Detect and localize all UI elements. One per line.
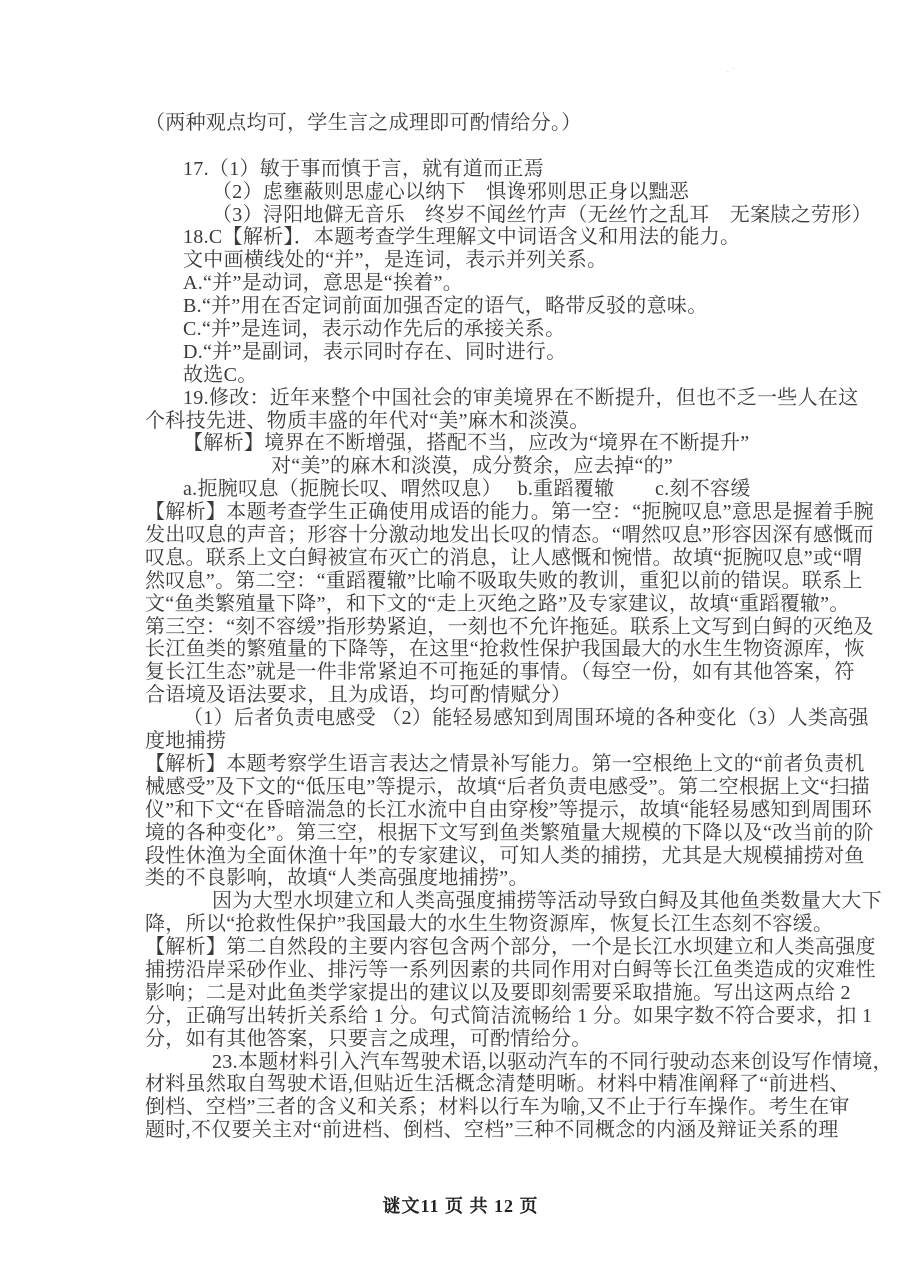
text-line: 度地捕捞 [145,730,795,753]
text-line: C.“并”是连词，表示动作先后的承接关系。 [145,318,795,341]
text-line: 影响；二是对此鱼类学家提出的建议以及要即刻需要采取措施。写出这两点给 2 [145,982,795,1005]
text-line: （2）虑壅蔽则思虚心以纳下 惧谗邪则思正身以黜恶 [145,181,795,204]
text-line: 降，所以“抢救性保护”我国最大的水生生物资源库，恢复长江生态刻不容缓。 [145,913,795,936]
text-line: 题时,不仅要关主对“前进档、倒档、空档”三种不同概念的内涵及辩证关系的理 [145,1119,795,1142]
text-line: B.“并”用在否定词前面加强否定的语气，略带反驳的意味。 [145,295,795,318]
text-line: 分，如有其他答案，只要言之成理，可酌情给分。 [145,1028,795,1051]
text-line: 叹息。联系上文白鲟被宣布灭亡的消息，让人感慨和惋惜。故填“扼腕叹息”或“喟 [145,547,795,570]
text-line: （两种观点均可，学生言之成理即可酌情给分。） [145,112,795,135]
text-line: 类的不良影响，故填“人类高强度地捕捞”。 [145,867,795,890]
text-line: 然叹息”。第二空：“重蹈覆辙”比喻不吸取失败的教训，重犯以前的错误。联系上 [145,570,795,593]
text-line: 械感受”及下文的“低压电”等提示，故填“后者负责电感受”。第二空根据上文“扫描 [145,776,795,799]
text-line: 第三空：“刻不容缓”指形势紧迫，一刻也不允许拖延。联系上文写到白鲟的灭绝及 [145,616,795,639]
text-line: 19.修改：近年来整个中国社会的审美境界在不断提升，但也不乏一些人在这 [145,387,795,410]
text-line: 文“鱼类繁殖量下降”，和下文的“走上灭绝之路”及专家建议，故填“重蹈覆辙”。 [145,593,795,616]
text-line: 【解析】本题考察学生语言表达之情景补写能力。第一空根绝上文的“前者负责机 [145,753,795,776]
text-line: 仪”和下文“在昏暗湍急的长江水流中自由穿梭”等提示，故填“能轻易感知到周围环 [145,799,795,822]
text-line: 捕捞沿岸采砂作业、排污等一系列因素的共同作用对白鲟等长江鱼类造成的灾难性 [145,959,795,982]
text-line: 长江鱼类的繁殖量的下降等，在这里“抢救性保护我国最大的水生生物资源库，恢 [145,638,795,661]
text-line: 发出叹息的声音；形容十分激动地发出长叹的情态。“喟然叹息”形容因深有感慨而 [145,524,795,547]
text-line: 【解析】本题考查学生正确使用成语的能力。第一空：“扼腕叹息”意思是握着手腕 [145,501,795,524]
text-line: 因为大型水坝建立和人类高强度捕捞等活动导致白鲟及其他鱼类数量大大下 [145,890,795,913]
text-line: 合语境及语法要求，且为成语，均可酌情赋分） [145,684,795,707]
text-line: A.“并”是动词，意思是“挨着”。 [145,272,795,295]
text-line: 材料虽然取自驾驶术语,但贴近生活概念清楚明晰。材料中精准阐释了“前进档、 [145,1073,795,1096]
page-number-footer: 谜文11 页 共 12 页 [0,1192,921,1218]
text-line: a.扼腕叹息（扼腕长叹、喟然叹息） b.重蹈覆辙 c.刻不容缓 [145,478,795,501]
text-line: 文中画横线处的“并”，是连词，表示并列关系。 [145,249,795,272]
document-page: ·˙ （两种观点均可，学生言之成理即可酌情给分。） 17.（1）敏于事而慎于言，… [0,0,921,1275]
text-line: 17.（1）敏于事而慎于言，就有道而正焉 [145,158,795,181]
text-line: 境的各种变化”。第三空，根据下文写到鱼类繁殖量大规模的下降以及“改当前的阶 [145,822,795,845]
text-line: 个科技先进、物质丰盛的年代对“美”麻木和淡漠。 [145,410,795,433]
text-line: 18.C【解析】．本题考查学生理解文中词语含义和用法的能力。 [145,226,795,249]
text-line: 段性休渔为全面休渔十年”的专家建议，可知人类的捕捞，尤其是大规模捕捞对鱼 [145,845,795,868]
text-line: 故选C。 [145,364,795,387]
text-line: 倒档、空档”三者的含义和关系；材料以行车为喻,又不止于行车操作。考生在审 [145,1096,795,1119]
text-line: 【解析】第二自然段的主要内容包含两个部分，一个是长江水坝建立和人类高强度 [145,936,795,959]
text-line: 23.本题材料引入汽车驾驶术语,以驱动汽车的不同行驶动态来创设写作情境， [145,1051,795,1074]
scan-artifact-mark: ·˙ [726,66,737,78]
text-line: 对“美”的麻木和淡漠，成分赘余，应去掉“的” [145,455,795,478]
blank-line [145,135,795,158]
text-line: 分，正确写出转折关系给 1 分。句式简洁流畅给 1 分。如果字数不符合要求，扣 … [145,1005,795,1028]
text-line: D.“并”是副词，表示同时存在、同时进行。 [145,341,795,364]
text-line: （3）浔阳地僻无音乐 终岁不闻丝竹声（无丝竹之乱耳 无案牍之劳形） [145,204,795,227]
text-line: 【解析】境界在不断增强，搭配不当，应改为“境界在不断提升” [145,432,795,455]
text-line: （1）后者负责电感受 （2）能轻易感知到周围环境的各种变化（3）人类高强 [145,707,795,730]
document-body: （两种观点均可，学生言之成理即可酌情给分。） 17.（1）敏于事而慎于言，就有道… [145,112,795,1142]
text-line: 复长江生态”就是一件非常紧迫不可拖延的事情。（每空一份，如有其他答案，符 [145,661,795,684]
